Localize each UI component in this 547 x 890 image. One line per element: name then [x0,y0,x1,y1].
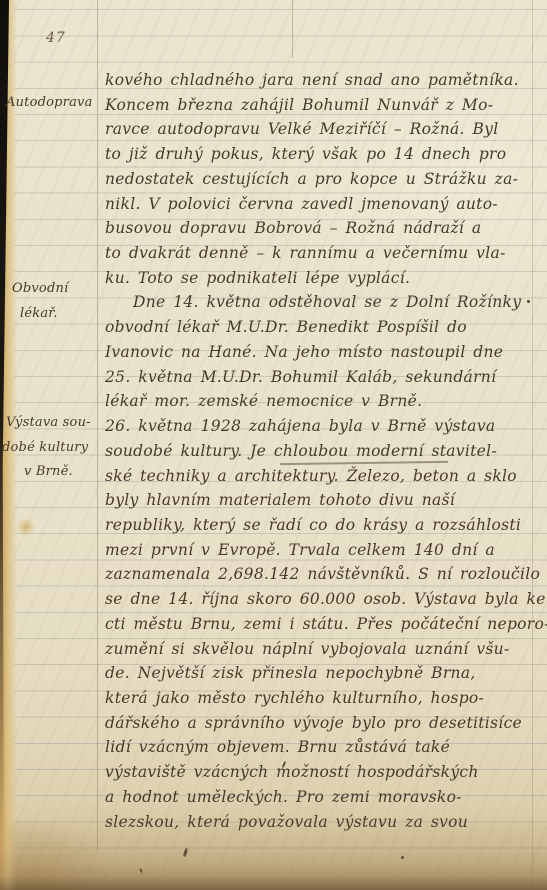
handwritten-line: Koncem března zahájil Bohumil Nunvář z M… [105,96,537,121]
handwritten-line: se dne 14. října skoro 60.000 osob. Výst… [105,590,537,615]
handwritten-line: zumění si skvělou náplní vybojovala uzná… [105,640,537,665]
ink-speck [139,868,143,873]
ink-speck [401,856,404,859]
handwritten-line: ravce autodopravu Velké Meziříčí – Rožná… [105,120,537,145]
margin-note-vystava: Výstava sou- dobé kultury v Brně. [6,411,100,485]
handwritten-line: 25. května M.U.Dr. Bohumil Kaláb, sekund… [105,368,537,393]
margin-note-line: dobé kultury [2,436,100,461]
handwritten-line: republiky, který se řadí co do krásy a r… [105,516,537,541]
handwritten-line: Dne 14. května odstěhoval se z Dolní Rož… [105,293,537,318]
margin-note-line: Výstava sou- [6,411,100,436]
handwritten-line: to již druhý pokus, který však po 14 dne… [105,145,537,170]
margin-note-line: Obvodní [12,277,106,302]
handwritten-line: obvodní lékař M.U.Dr. Benedikt Pospíšil … [105,318,537,343]
paper-stain [16,518,36,536]
handwritten-line: lékař mor. zemské nemocnice v Brně. [105,392,537,417]
handwritten-line: ku. Toto se podnikateli lépe vyplácí. [105,269,537,294]
handwritten-line: mezi první v Evropě. Trvala celkem 140 d… [105,541,537,566]
handwritten-line: zaznamenala 2,698.142 návštěvníků. S ní … [105,565,537,590]
handwritten-line: dářského a správního vývoje bylo pro des… [105,714,537,739]
handwritten-line: Ivanovic na Hané. Na jeho místo nastoupi… [105,343,537,368]
page-number: 47 [46,30,66,46]
handwritten-line: ské techniky a architektury. Železo, bet… [105,467,537,492]
ink-speck [527,300,530,303]
ink-speck [183,848,189,857]
margin-note-line: lékař. [12,302,106,327]
handwritten-line: cti městu Brnu, zemi i státu. Přes počát… [105,615,537,640]
margin-note-line: v Brně. [6,460,100,485]
handwritten-line: a hodnot uměleckých. Pro zemi moravsko- [105,788,537,813]
handwritten-line: nikl. V polovici června zavedl jmenovaný… [105,195,537,220]
handwritten-line: busovou dopravu Bobrová – Rožná nádraží … [105,219,537,244]
handwritten-line: výstaviště vzácných možností hospodářský… [105,763,537,788]
handwritten-line: která jako město rychlého kulturního, ho… [105,689,537,714]
scanned-chronicle-page: 47 Autodoprava Obvodní lékař. Výstava so… [0,0,547,890]
page-crease [292,0,293,58]
handwritten-line: to dvakrát denně – k rannímu a večernímu… [105,244,537,269]
handwritten-line: nedostatek cestujících a pro kopce u Str… [105,170,537,195]
margin-note-line: Autodoprava [6,91,100,116]
handwritten-body-text: kového chladného jara není snad ano pamě… [105,71,537,837]
margin-note-obvodni-lekar: Obvodní lékař. [6,277,106,326]
handwritten-line: byly hlavním materialem tohoto divu naší [105,491,537,516]
handwritten-line: kového chladného jara není snad ano pamě… [105,71,537,96]
margin-note-autodoprava: Autodoprava [6,91,100,116]
handwritten-line: 26. května 1928 zahájena byla v Brně výs… [105,417,537,442]
handwritten-line: de. Největší zisk přinesla nepochybně Br… [105,664,537,689]
handwritten-line: lidí vzácným objevem. Brnu zůstává také [105,738,537,763]
handwritten-line: slezskou, která považovala výstavu za sv… [105,813,537,838]
